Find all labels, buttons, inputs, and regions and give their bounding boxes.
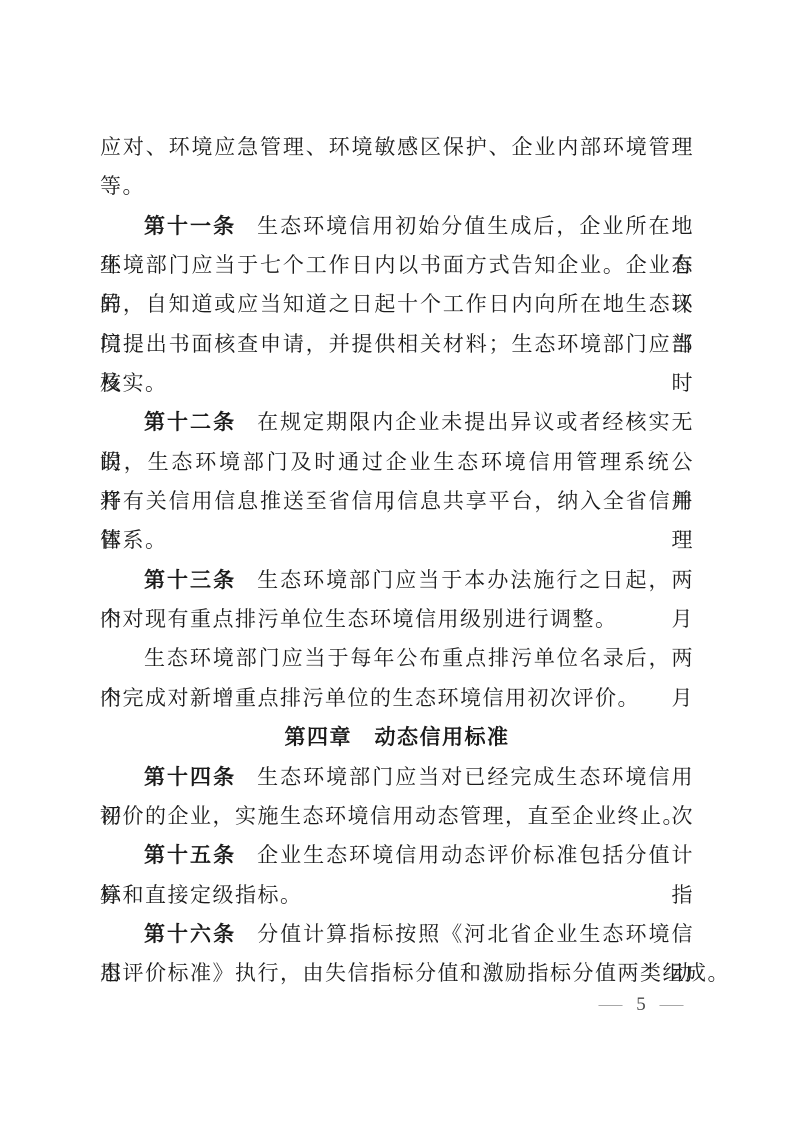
article-number: 第十五条 [144,843,236,867]
chapter-heading: 第四章 动态信用标准 [100,718,694,757]
text-line: 的，自知道或应当知道之日起十个工作日内向所在地生态环境部 [100,285,694,324]
page-number-dash-left: — [599,994,623,1016]
text-line: 等。 [100,167,694,206]
page-number-dash-right: — [660,994,684,1016]
text-line: 第十五条企业生态环境信用动态评价标准包括分值计算指 [100,836,694,875]
text-line: 应对、环境应急管理、环境敏感区保护、企业内部环境管理 [100,128,694,167]
page-number: — 5 — [601,994,681,1016]
text-line: 第十二条在规定期限内企业未提出异议或者经核实无误 [100,403,694,442]
text-line: 态评价标准》执行，由失信指标分值和激励指标分值两类组成。 [100,954,694,993]
page-number-value: 5 [636,994,646,1016]
text-line: 的，生态环境部门及时通过企业生态环境信用管理系统公开，并 [100,443,694,482]
article-number: 第十二条 [144,410,236,434]
article-number: 第十六条 [144,922,236,946]
article-number: 第十四条 [144,765,236,789]
text-line: 将有关信用信息推送至省信用信息共享平台，纳入全省信用管理 [100,482,694,521]
text-line: 环境部门应当于七个工作日内以书面方式告知企业。企业有异议 [100,246,694,285]
text-line: 生态环境部门应当于每年公布重点排污单位名录后，两个月 [100,639,694,678]
text-line: 内对现有重点排污单位生态环境信用级别进行调整。 [100,600,694,639]
text-line: 第十三条生态环境部门应当于本办法施行之日起，两个月 [100,561,694,600]
article-number: 第十三条 [144,568,236,592]
article-number: 第十一条 [144,214,236,238]
document-page: { "document": { "lines": [ { "text": "应对… [0,0,793,1122]
text-line: 第十六条分值计算指标按照《河北省企业生态环境信用动 [100,915,694,954]
text-line: 评价的企业，实施生态环境信用动态管理，直至企业终止。 [100,797,694,836]
text-line: 第十四条生态环境部门应当对已经完成生态环境信用初次 [100,758,694,797]
text-line: 门提出书面核查申请，并提供相关材料；生态环境部门应当及时 [100,325,694,364]
text-line: 内完成对新增重点排污单位的生态环境信用初次评价。 [100,679,694,718]
text-line: 第十一条生态环境信用初始分值生成后，企业所在地生态 [100,207,694,246]
text-block: 应对、环境应急管理、环境敏感区保护、企业内部环境管理 等。 第十一条生态环境信用… [100,128,694,994]
